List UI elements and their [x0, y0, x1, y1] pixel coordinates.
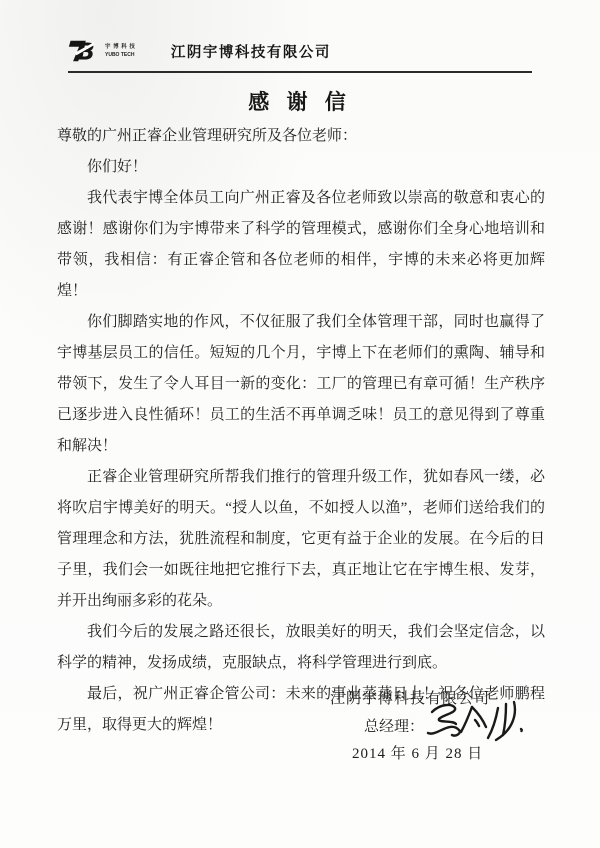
logo-text-cn: 宇 博 科 技: [105, 45, 137, 49]
letter-body: 尊敬的广州正睿企业管理研究所及各位老师： 你们好！ 我代表宇博全体员工向广州正睿…: [57, 121, 545, 741]
handwritten-signature: [426, 700, 530, 744]
company-name: 江阴宇博科技有限公司: [171, 41, 331, 62]
signature-block: 江阴宇博科技有限公司 总经理： 2014 年 6 月 28 日: [330, 687, 530, 767]
signature-date: 2014 年 6 月 28 日: [330, 742, 530, 767]
paragraph: 我代表宇博全体员工向广州正睿及各位老师致以崇高的敬意和衷心的感谢！感谢你们为宇博…: [57, 183, 545, 307]
role-label: 总经理：: [364, 715, 424, 740]
paragraph: 正睿企业管理研究所帮我们推行的管理升级工作，犹如春风一缕，必将吹启宇博美好的明天…: [57, 462, 545, 617]
header-divider: [68, 71, 532, 73]
greeting: 你们好！: [57, 152, 545, 183]
salutation: 尊敬的广州正睿企业管理研究所及各位老师：: [57, 121, 545, 152]
yubo-logo-icon: B: [68, 38, 102, 64]
paragraph: 我们今后的发展之路还很长，放眼美好的明天，我们会坚定信念，以科学的精神，发扬成绩…: [57, 617, 545, 679]
logo-text: 宇 博 科 技 YUBO TECH: [105, 43, 164, 59]
paragraph: 你们脚踏实地的作风，不仅征服了我们全体管理干部，同时也赢得了宇博基层员工的信任。…: [57, 307, 545, 462]
signature-line: 总经理：: [330, 712, 530, 742]
logo-text-en: YUBO TECH: [105, 53, 134, 57]
company-logo: B 宇 博 科 技 YUBO TECH: [68, 38, 164, 64]
letterhead: B 宇 博 科 技 YUBO TECH 江阴宇博科技有限公司: [68, 38, 331, 64]
letter-title: 感 谢 信: [0, 86, 600, 116]
letter-page: B 宇 博 科 技 YUBO TECH 江阴宇博科技有限公司 感 谢 信 尊敬的…: [0, 0, 600, 848]
